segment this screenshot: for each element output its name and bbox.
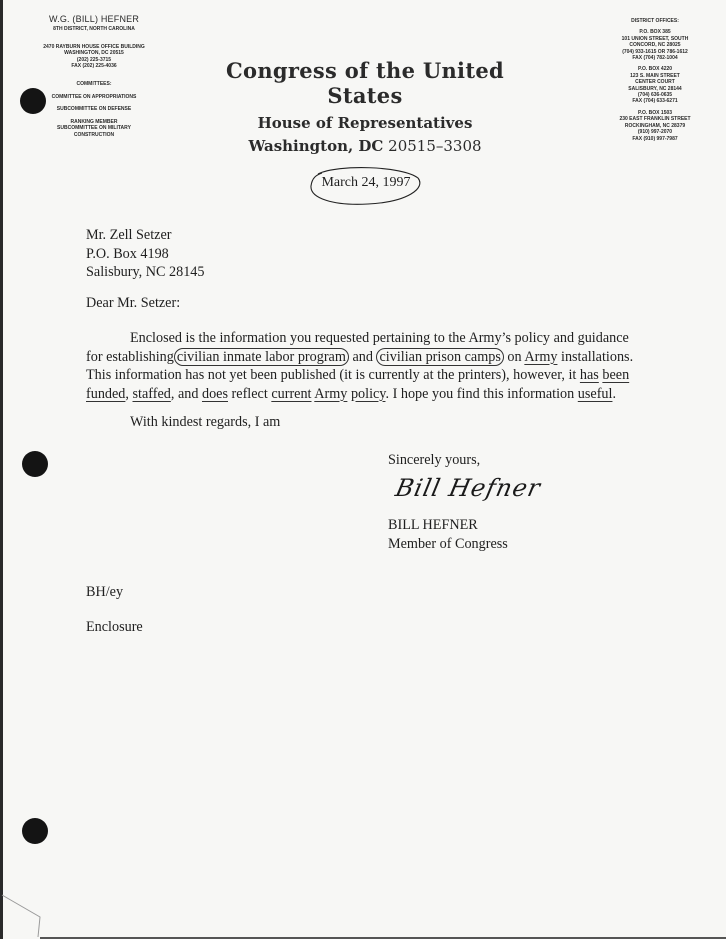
member-district: 8TH DISTRICT, NORTH CAROLINA	[18, 26, 170, 33]
body-text: on	[504, 349, 525, 365]
circled-phrase: civilian prison camps	[376, 348, 503, 366]
recipient-line: P.O. Box 4198	[86, 245, 205, 264]
underlined-word: has	[580, 367, 599, 383]
letterhead-city: Washington, DC 20515–3308	[190, 137, 540, 155]
body-text: reflect	[228, 386, 271, 402]
committee-item: SUBCOMMITTEE ON DEFENSE	[18, 106, 170, 113]
body-text: This information has not yet been publis…	[86, 367, 580, 383]
underlined-word: current	[271, 386, 311, 402]
letterhead-title: Congress of the United States	[190, 58, 540, 108]
dc-office-line: (202) 225-3715	[18, 57, 170, 64]
zip-code: 20515–3308	[388, 137, 481, 155]
closing-line: With kindest regards, I am	[130, 413, 280, 432]
signer-block: BILL HEFNER Member of Congress	[388, 516, 508, 553]
district-office-rockingham: P.O. BOX 1503 230 EAST FRANKLIN STREET R…	[600, 110, 710, 142]
punch-hole	[22, 818, 48, 844]
body-line: This information has not yet been publis…	[86, 366, 646, 385]
underlined-word: does	[202, 386, 228, 402]
body-line: for establishingcivilian inmate labor pr…	[86, 348, 646, 367]
body-text: , and	[171, 386, 202, 402]
body-line: Enclosed is the information you requeste…	[86, 329, 646, 348]
letter-body: Enclosed is the information you requeste…	[86, 329, 646, 403]
typist-initials: BH/ey	[86, 583, 123, 602]
committee-item: COMMITTEE ON APPROPRIATIONS	[18, 94, 170, 101]
ranking-line: SUBCOMMITTEE ON MILITARY	[18, 125, 170, 132]
member-info-block: W.G. (BILL) HEFNER 8TH DISTRICT, NORTH C…	[18, 14, 170, 139]
body-text: ,	[125, 386, 132, 402]
recipient-address: Mr. Zell Setzer P.O. Box 4198 Salisbury,…	[86, 226, 205, 282]
letter-date: March 24, 1997	[308, 175, 424, 191]
underlined-word: policy	[351, 386, 386, 402]
ranking-line: RANKING MEMBER	[18, 119, 170, 126]
committees-heading: COMMITTEES:	[18, 81, 170, 88]
underlined-word: Army	[314, 386, 347, 402]
body-text: installations.	[557, 349, 633, 365]
underlined-word: funded	[86, 386, 125, 402]
body-line: funded, staffed, and does reflect curren…	[86, 385, 646, 404]
city-name: Washington, DC	[248, 137, 383, 155]
salutation: Dear Mr. Setzer:	[86, 294, 180, 313]
body-text: Enclosed is the information you requeste…	[130, 330, 629, 346]
dc-office-line: WASHINGTON, DC 20515	[18, 50, 170, 57]
handwritten-signature: Bill Hefner	[393, 474, 543, 502]
body-text: . I hope you find this information	[385, 386, 577, 402]
signer-name: BILL HEFNER	[388, 516, 508, 535]
body-text: .	[612, 386, 616, 402]
underlined-word: staffed	[133, 386, 171, 402]
punch-hole	[22, 451, 48, 477]
signer-title: Member of Congress	[388, 535, 508, 554]
date-block: March 24, 1997	[308, 166, 424, 206]
dc-office-line: 2470 RAYBURN HOUSE OFFICE BUILDING	[18, 44, 170, 51]
letterhead-chamber: House of Representatives	[190, 114, 540, 132]
underlined-word: been	[602, 367, 629, 383]
dc-office-line: FAX (202) 225-4036	[18, 63, 170, 70]
member-name: W.G. (BILL) HEFNER	[18, 14, 170, 24]
recipient-line: Salisbury, NC 28145	[86, 263, 205, 282]
valediction: Sincerely yours,	[388, 451, 480, 470]
underlined-word: Army	[524, 349, 557, 365]
district-office-concord: P.O. BOX 385 101 UNION STREET, SOUTH CON…	[600, 29, 710, 61]
scan-left-edge	[0, 0, 3, 939]
enclosure-note: Enclosure	[86, 618, 143, 637]
ranking-line: CONSTRUCTION	[18, 132, 170, 139]
page-fold-mark-icon	[0, 885, 60, 939]
office-line: FAX (910) 997-7987	[600, 136, 710, 142]
circled-phrase: civilian inmate labor program	[174, 348, 349, 366]
district-offices-block: DISTRICT OFFICES: P.O. BOX 385 101 UNION…	[600, 18, 710, 142]
body-text: for establishing	[86, 349, 174, 365]
district-office-salisbury: P.O. BOX 4220 123 S. MAIN STREET CENTER …	[600, 66, 710, 104]
underlined-word: useful	[578, 386, 613, 402]
body-text: and	[349, 349, 377, 365]
recipient-line: Mr. Zell Setzer	[86, 226, 205, 245]
letterhead-title-block: Congress of the United States House of R…	[190, 58, 540, 155]
